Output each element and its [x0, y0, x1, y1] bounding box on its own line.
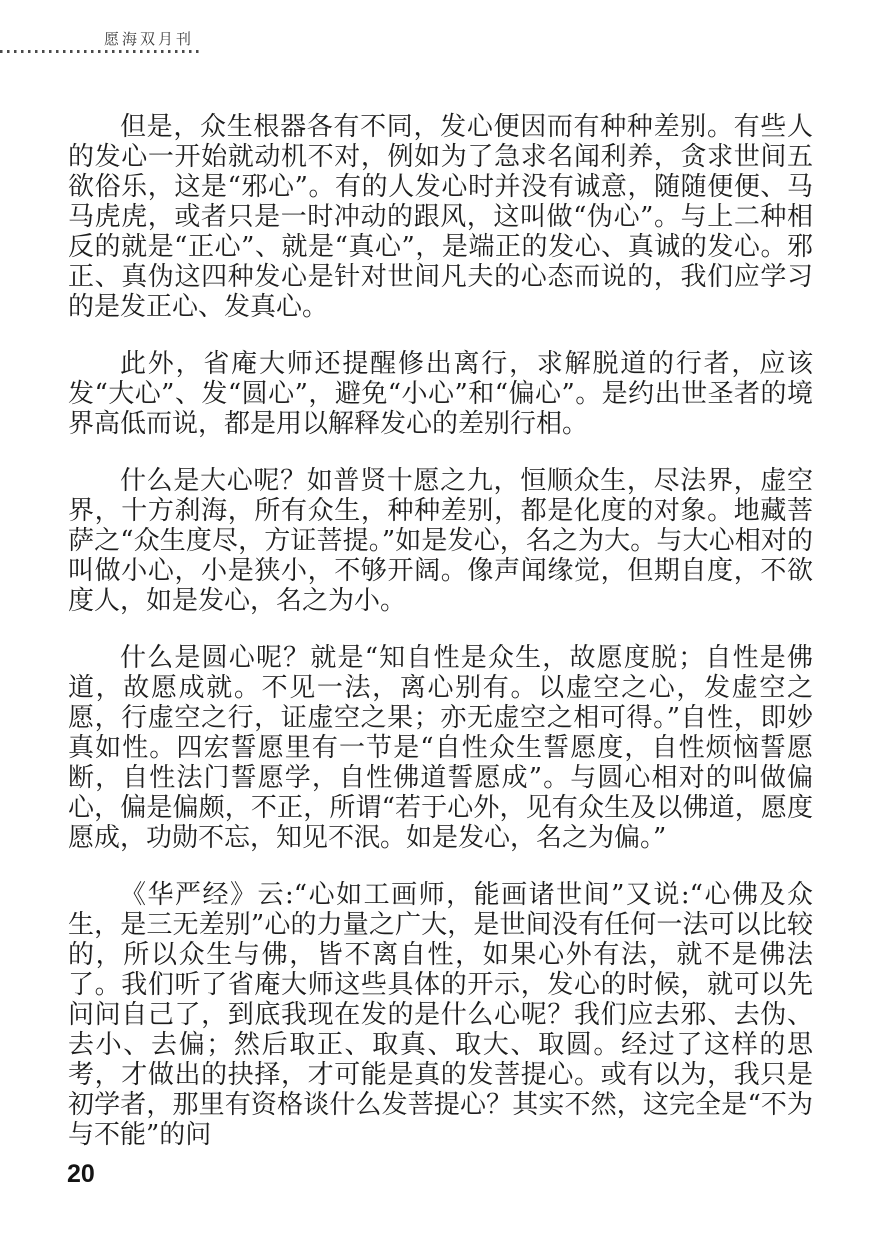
magazine-page: 愿海双月刊 但是，众生根器各有不同，发心便因而有种种差别。有些人的发心一开始就动…	[0, 0, 880, 1257]
paragraph-1: 但是，众生根器各有不同，发心便因而有种种差别。有些人的发心一开始就动机不对，例如…	[68, 112, 813, 322]
journal-title: 愿海双月刊	[104, 28, 194, 49]
page-number: 20	[67, 1160, 95, 1189]
paragraph-2: 此外，省庵大师还提醒修出离行，求解脱道的行者，应该发“大心”、发“圆心”，避免“…	[68, 349, 813, 439]
article-body: 但是，众生根器各有不同，发心便因而有种种差别。有些人的发心一开始就动机不对，例如…	[68, 112, 813, 1150]
paragraph-3: 什么是大心呢？如普贤十愿之九，恒顺众生，尽法界，虚空界，十方刹海，所有众生，种种…	[68, 466, 813, 616]
paragraph-5: 《华严经》云:“心如工画师，能画诸世间”又说:“心佛及众生，是三无差别”心的力量…	[68, 880, 813, 1150]
paragraph-4: 什么是圆心呢？就是“知自性是众生，故愿度脱；自性是佛道，故愿成就。不见一法，离心…	[68, 643, 813, 853]
header-dotted-rule	[0, 50, 200, 53]
